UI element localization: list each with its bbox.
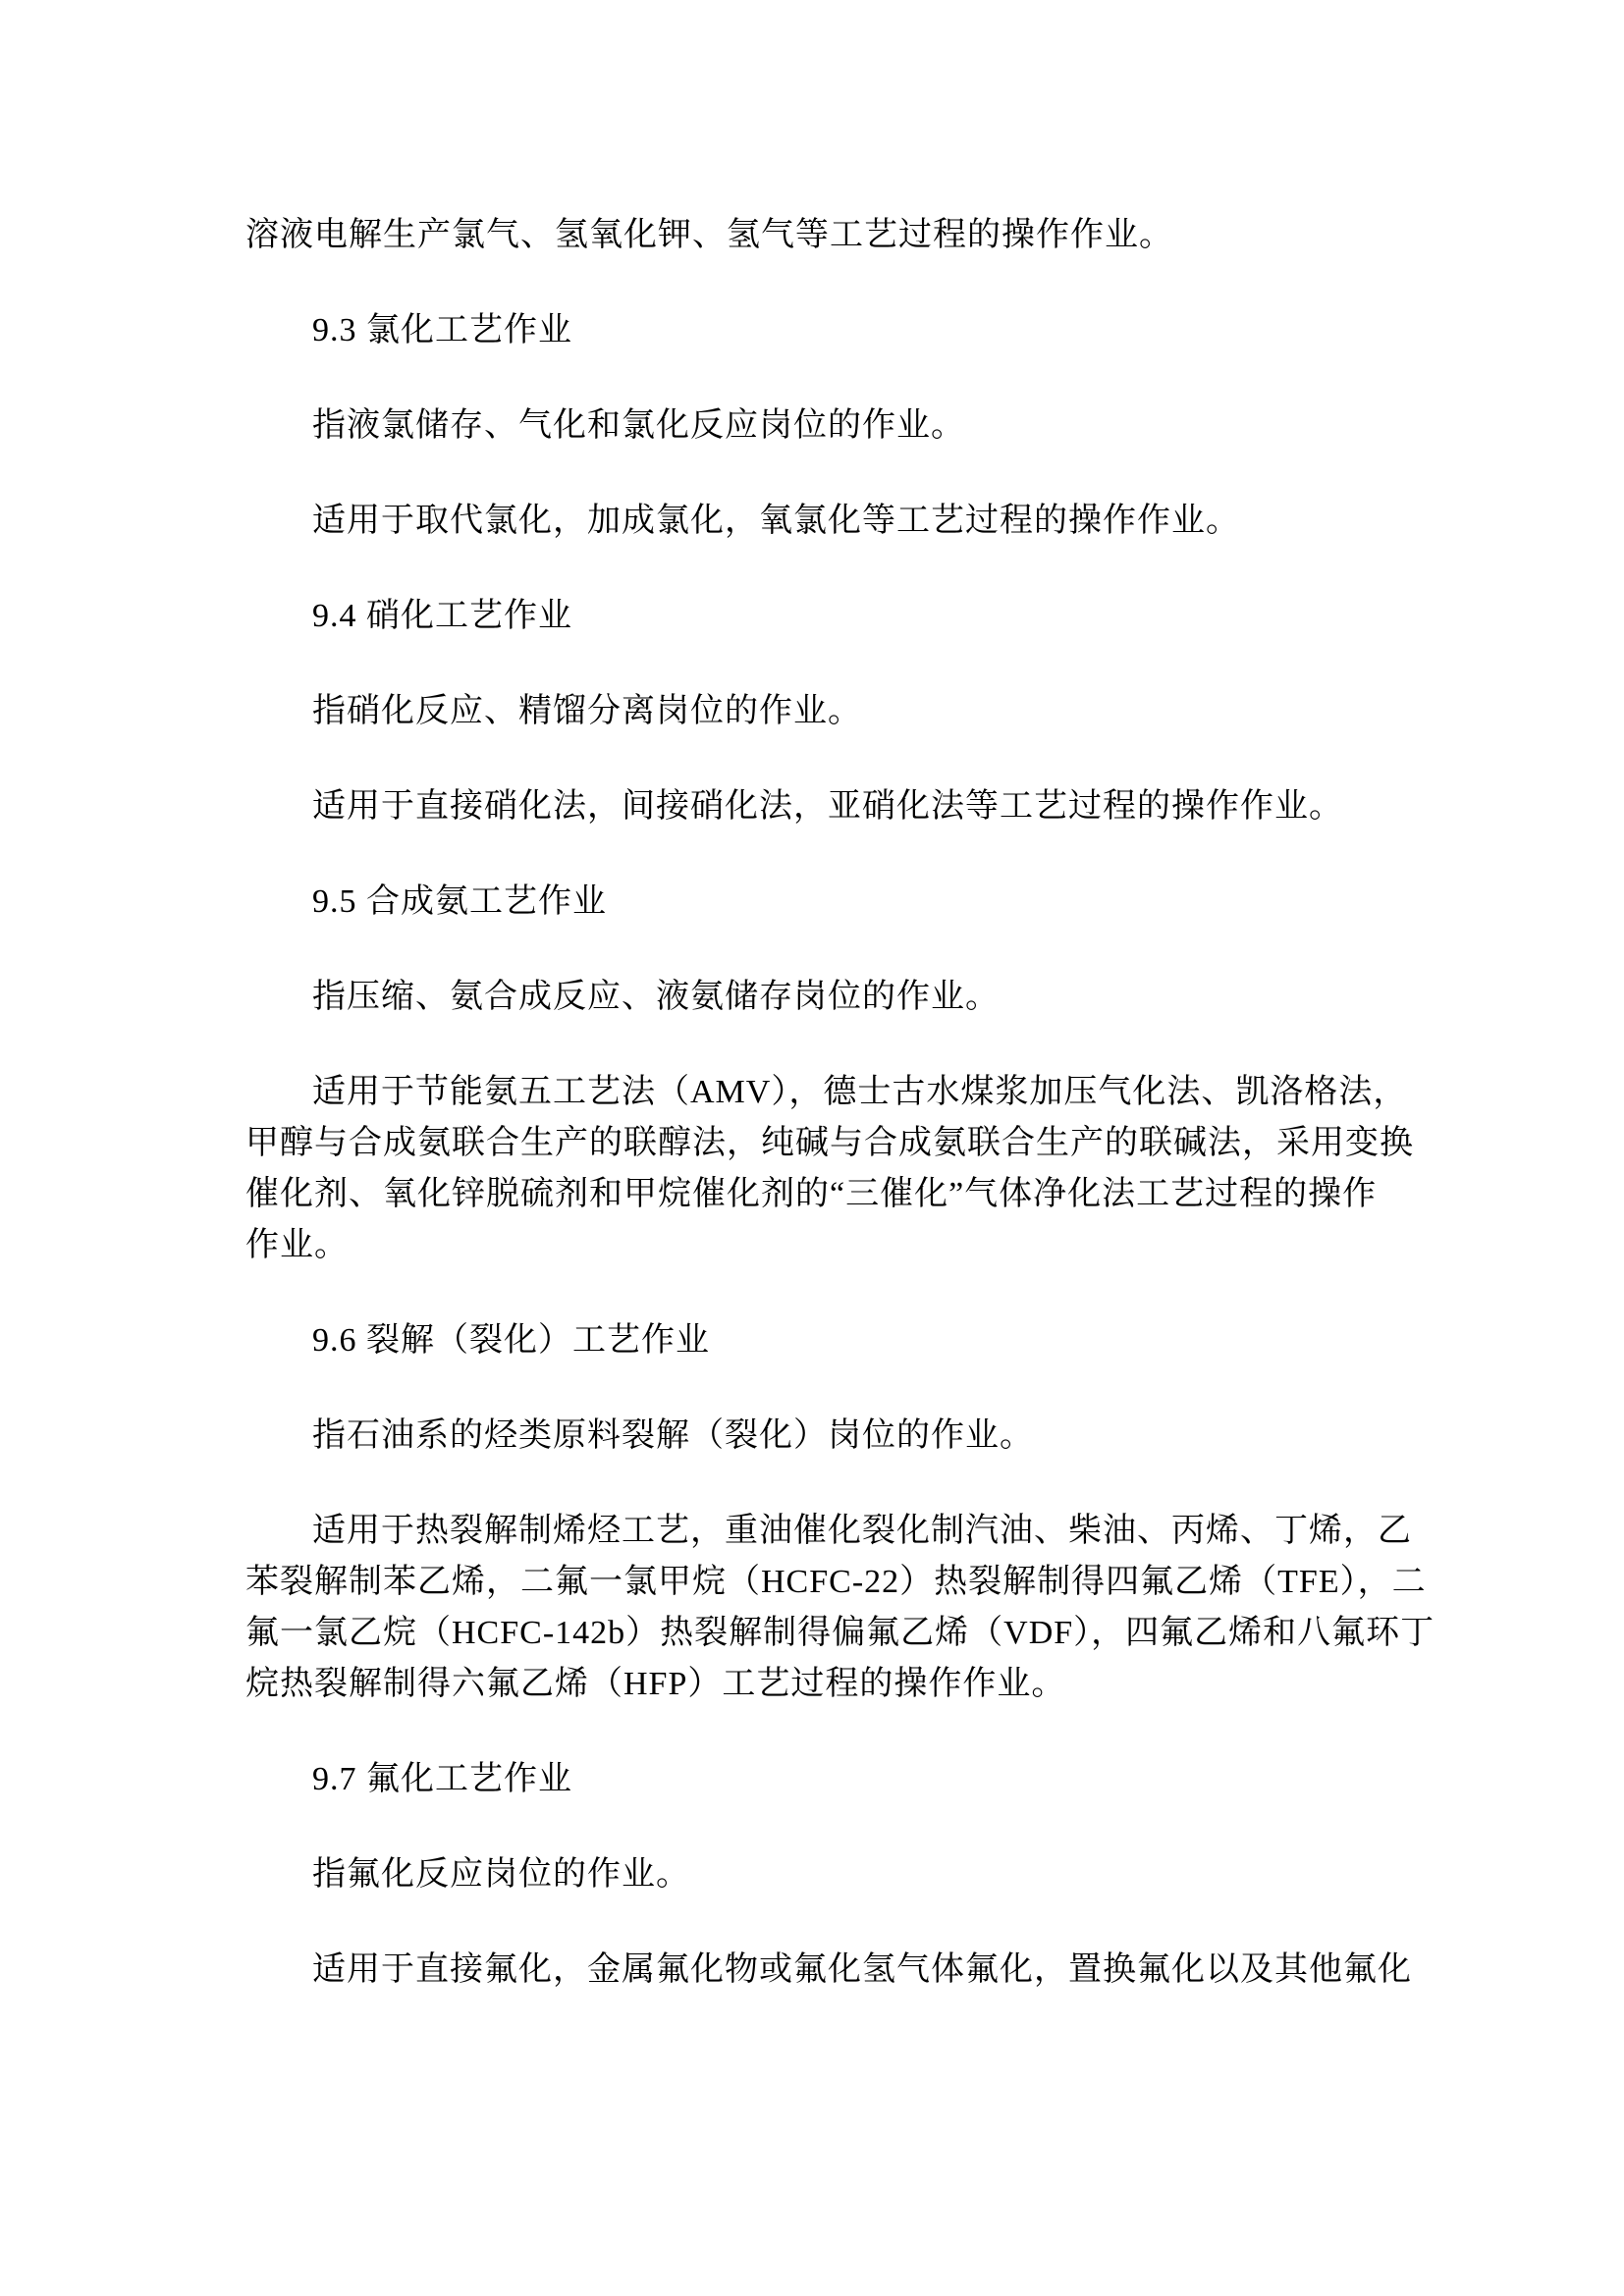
paragraph-9-6-definition: 指石油系的烃类原料裂解（裂化）岗位的作业。	[245, 1411, 1463, 1462]
paragraph-9-7-scope: 适用于直接氟化，金属氟化物或氟化氢气体氟化，置换氟化以及其他氟化	[245, 1945, 1463, 1996]
document-page: 溶液电解生产氯气、氢氧化钾、氢气等工艺过程的操作作业。 9.3 氯化工艺作业 指…	[0, 0, 1624, 2296]
section-heading-9-7: 9.7 氟化工艺作业	[245, 1754, 1463, 1805]
paragraph-electrolysis-continuation: 溶液电解生产氯气、氢氧化钾、氢气等工艺过程的操作作业。	[245, 210, 1463, 261]
paragraph-9-5-scope: 适用于节能氨五工艺法（AMV），德士古水煤浆加压气化法、凯洛格法， 甲醇与合成氨…	[245, 1067, 1463, 1271]
paragraph-9-5-definition: 指压缩、氨合成反应、液氨储存岗位的作业。	[245, 972, 1463, 1023]
paragraph-9-4-scope: 适用于直接硝化法，间接硝化法，亚硝化法等工艺过程的操作作业。	[245, 781, 1463, 832]
paragraph-9-6-scope: 适用于热裂解制烯烃工艺，重油催化裂化制汽油、柴油、丙烯、丁烯，乙 苯裂解制苯乙烯…	[245, 1506, 1463, 1710]
paragraph-9-4-definition: 指硝化反应、精馏分离岗位的作业。	[245, 686, 1463, 737]
section-heading-9-4: 9.4 硝化工艺作业	[245, 591, 1463, 642]
section-heading-9-6: 9.6 裂解（裂化）工艺作业	[245, 1315, 1463, 1366]
paragraph-9-3-scope: 适用于取代氯化，加成氯化，氧氯化等工艺过程的操作作业。	[245, 496, 1463, 547]
section-heading-9-5: 9.5 合成氨工艺作业	[245, 877, 1463, 928]
paragraph-9-3-definition: 指液氯储存、气化和氯化反应岗位的作业。	[245, 400, 1463, 452]
section-heading-9-3: 9.3 氯化工艺作业	[245, 305, 1463, 356]
paragraph-9-7-definition: 指氟化反应岗位的作业。	[245, 1849, 1463, 1900]
